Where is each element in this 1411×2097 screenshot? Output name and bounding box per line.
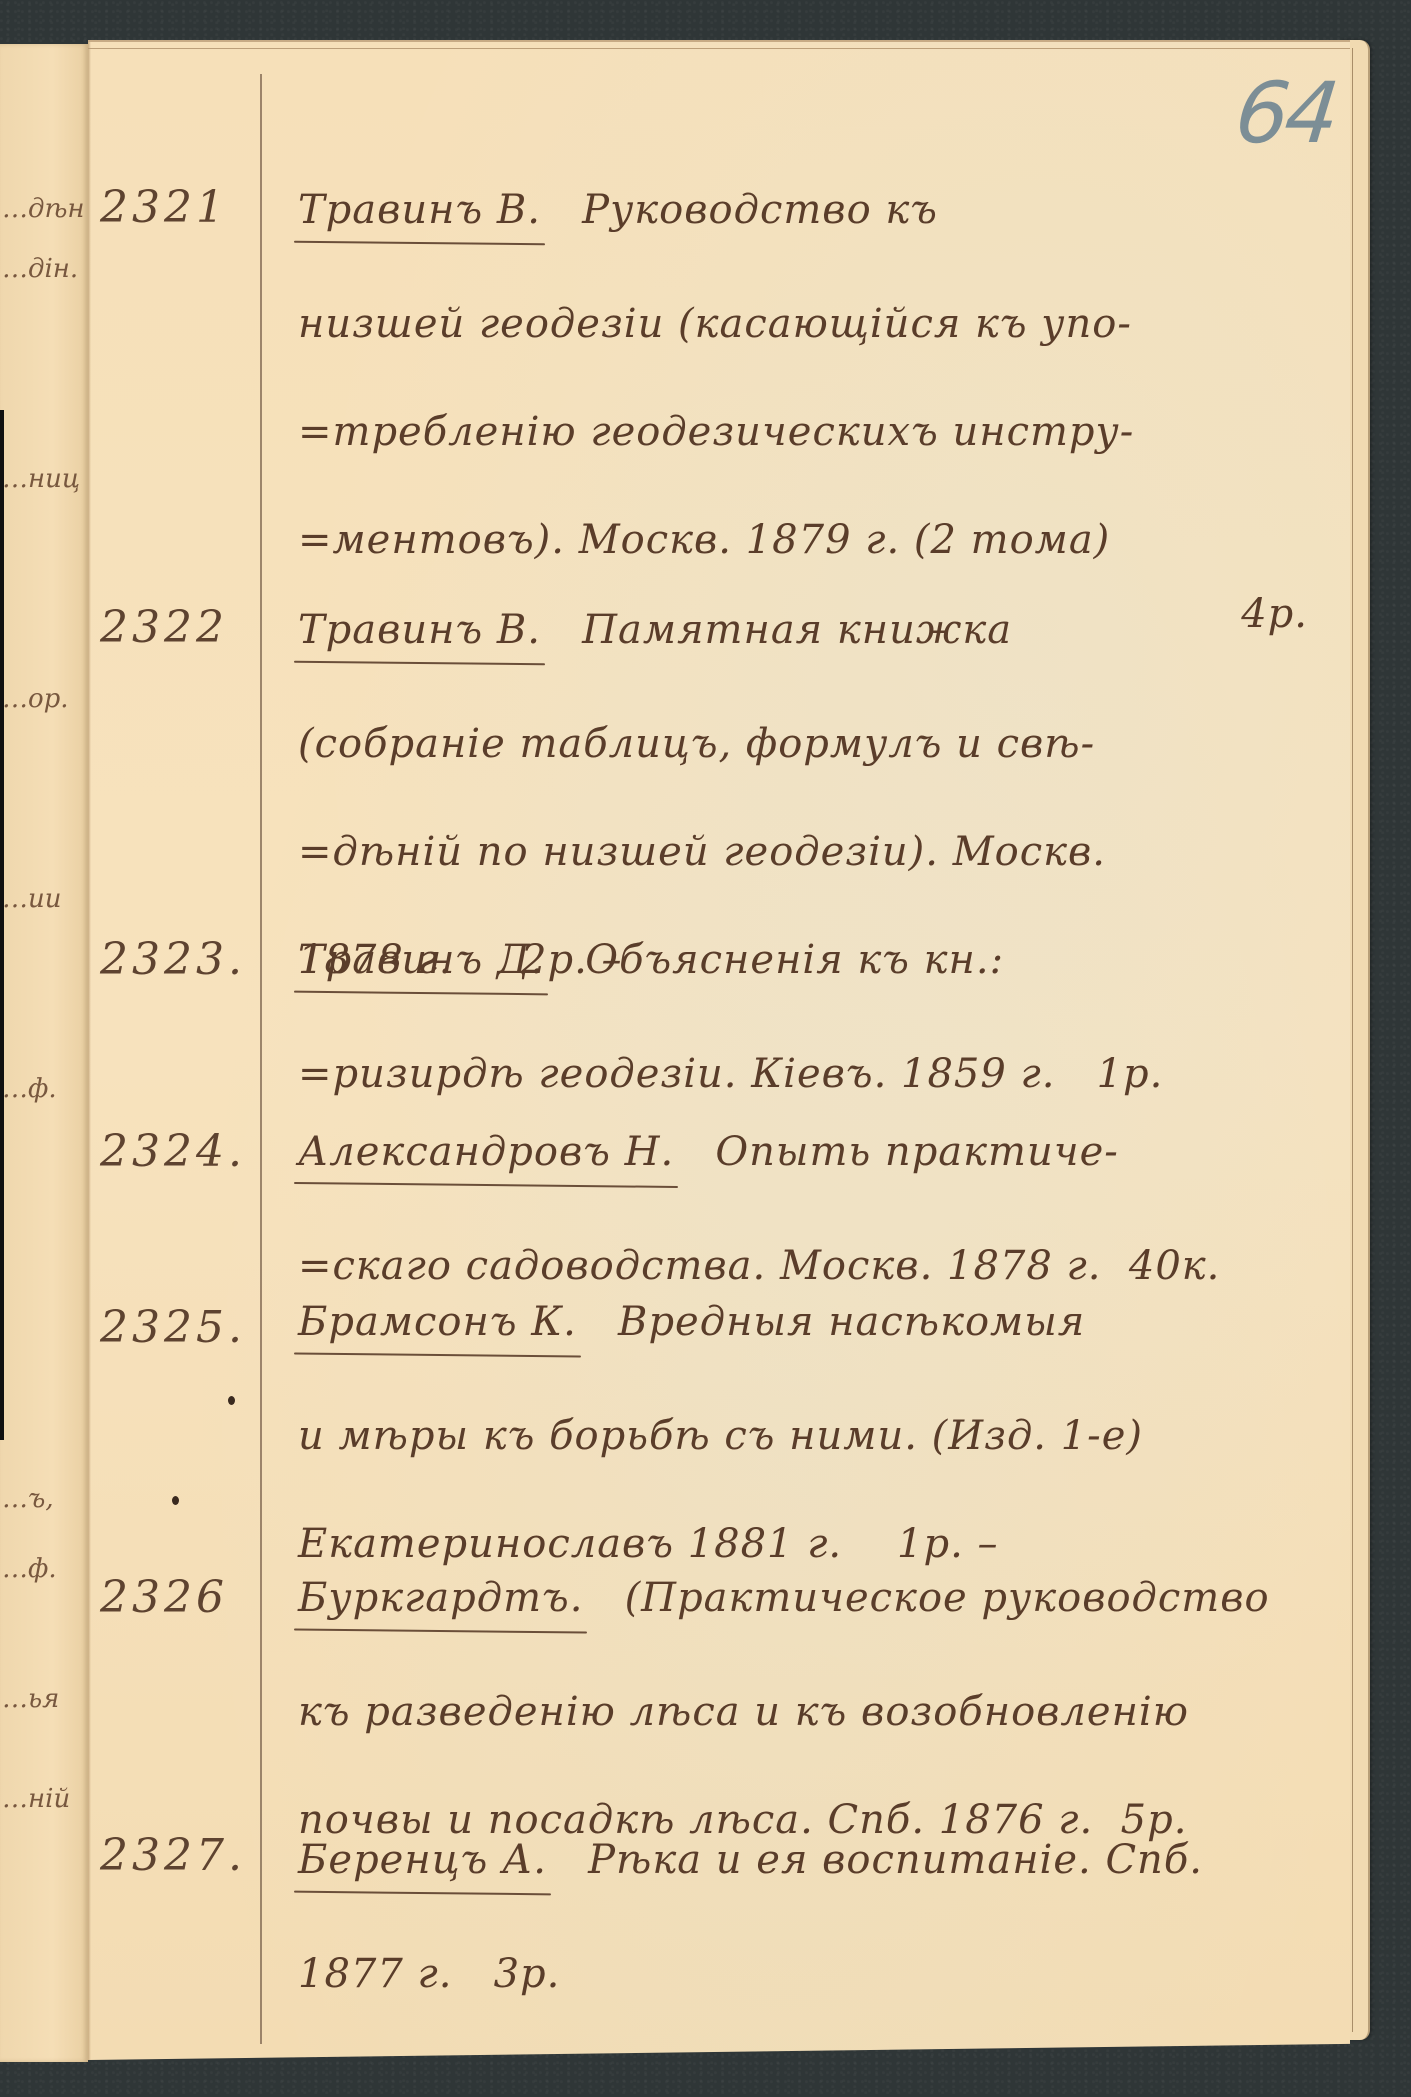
- entry-line: =дѣній по низшей геодезіи). Москв.: [298, 798, 1328, 906]
- entry-title: Рѣка и ея воспитаніе. Спб.: [588, 1837, 1203, 1883]
- scan-edge-strip: [0, 410, 4, 1440]
- entry-number: 2323.: [100, 934, 250, 985]
- facing-page-fragment: …ъ,: [2, 1484, 86, 1514]
- entry-price: 3р.: [494, 1951, 561, 1997]
- entry-body: Травинъ Д. Объясненія къ кн.: =ризирдѣ г…: [298, 912, 1328, 1128]
- entry-title: Опыть практиче-: [715, 1129, 1118, 1175]
- entry-line: низшей геодезіи (касающійся къ упо-: [298, 270, 1328, 378]
- facing-page-fragment: …ній: [2, 1784, 86, 1814]
- entry-text: =ризирдѣ геодезіи. Кіевъ. 1859 г.: [298, 1051, 1055, 1097]
- entry-number: 2322: [100, 602, 250, 653]
- entry-body: Травинъ В. Руководство къ низшей геодезі…: [298, 162, 1328, 654]
- ledger-page: 64 2321 Травинъ В. Руководство къ низшей…: [88, 40, 1350, 2060]
- entry-line: =ментовъ). Москв. 1879 г. (2 тома): [298, 486, 1328, 594]
- facing-page-edge: …дѣн. …дін. …ниц …ор. …ии …ф. …ъ, …ф. …ь…: [0, 44, 88, 2062]
- facing-page-fragment: …ф.: [2, 1074, 86, 1104]
- gutter-fold: [88, 42, 91, 2060]
- entry-number: 2325.: [100, 1302, 250, 1353]
- entry-number: 2326: [100, 1572, 250, 1623]
- entry-number: 2327.: [100, 1830, 250, 1881]
- entry-title: Памятная книжка: [582, 607, 1012, 653]
- entry-author: Травинъ Д.: [298, 912, 544, 1008]
- page-number: 64: [1231, 64, 1340, 162]
- entry-line: Травинъ В. Руководство къ: [298, 162, 1328, 270]
- entry-author: Травинъ В.: [298, 162, 541, 258]
- entry-line: Александровъ Н. Опыть практиче-: [298, 1104, 1328, 1212]
- facing-page-fragment: …ор.: [2, 684, 86, 714]
- ink-dot: [172, 1496, 179, 1505]
- entry-author: Александровъ Н.: [298, 1104, 674, 1200]
- entry-line: 1877 г. 3р.: [298, 1920, 1328, 2028]
- entry-title: Объясненія къ кн.:: [585, 937, 1004, 983]
- facing-page-fragment: …дѣн.: [2, 194, 86, 224]
- entry-author: Беренцъ А.: [298, 1812, 547, 1908]
- facing-page-fragment: …дін.: [2, 254, 86, 284]
- entry-author: Брамсонъ К.: [298, 1274, 577, 1370]
- facing-page-fragment: …ниц: [2, 464, 86, 494]
- entry-price: 1р.: [1097, 1051, 1164, 1097]
- ink-dot: [228, 1396, 235, 1405]
- facing-page-fragment: …ии: [2, 884, 86, 914]
- entry-title: Руководство къ: [582, 187, 938, 233]
- entry-line: Травинъ В. Памятная книжка: [298, 582, 1328, 690]
- entry-line: къ разведенію лѣса и къ возобновленію: [298, 1658, 1328, 1766]
- entry-line: Брамсонъ К. Вредныя насѣкомыя: [298, 1274, 1328, 1382]
- entry-title: Вредныя насѣкомыя: [618, 1299, 1085, 1345]
- margin-rule-line: [260, 74, 262, 2044]
- facing-page-fragment: …ья: [2, 1684, 86, 1714]
- entry-author: Буркгардтъ.: [298, 1550, 583, 1646]
- entry-title: (Практическое руководство: [625, 1575, 1270, 1621]
- entry-line: Травинъ Д. Объясненія къ кн.:: [298, 912, 1328, 1020]
- entry-number: 2324.: [100, 1126, 250, 1177]
- entry-line: (собраніе таблицъ, формулъ и свѣ-: [298, 690, 1328, 798]
- entry-line: Буркгардтъ. (Практическое руководство: [298, 1550, 1328, 1658]
- entry-line: =требленію геодезическихъ инстру-: [298, 378, 1328, 486]
- entry-line: Беренцъ А. Рѣка и ея воспитаніе. Спб.: [298, 1812, 1328, 1920]
- facing-page-fragment: …ф.: [2, 1554, 86, 1584]
- entry-author: Травинъ В.: [298, 582, 541, 678]
- entry-body: Беренцъ А. Рѣка и ея воспитаніе. Спб. 18…: [298, 1812, 1328, 2028]
- entry-line: и мѣры къ борьбѣ съ ними. (Изд. 1-е): [298, 1382, 1328, 1490]
- entry-number: 2321: [100, 182, 250, 233]
- entry-date: 1877 г.: [298, 1951, 452, 1997]
